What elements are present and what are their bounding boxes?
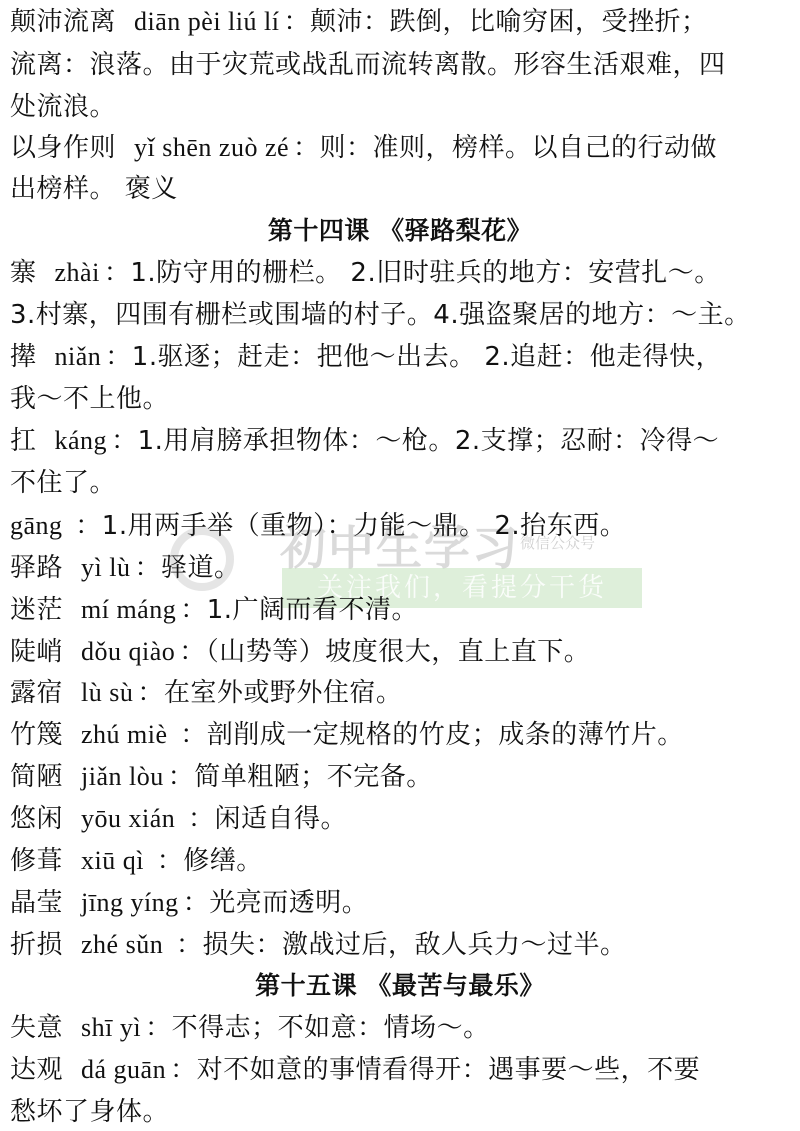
vocab-entry: gāng ：1.用两手举（重物）：力能～鼎。 2.抬东西。 — [10, 506, 794, 546]
vocab-entry: 修葺xiū qì ：修缮。 — [10, 841, 794, 881]
vocab-entry: 扛káng：1.用肩膀承担物体：～枪。2.支撑；忍耐：冷得～ — [10, 421, 794, 461]
lesson-heading: 第十四课 《驿路梨花》 — [0, 211, 800, 251]
vocab-entry: 达观dá guān：对不如意的事情看得开：遇事要～些，不要 — [10, 1050, 794, 1090]
lesson-heading: 第十五课 《最苦与最乐》 — [0, 966, 800, 1006]
text-line: 出榜样。 褒义 — [10, 169, 794, 209]
text-line: 处流浪。 — [10, 87, 794, 127]
vocab-entry: 驿路yì lù：驿道。 — [10, 548, 794, 588]
vocab-entry: 寨zhài：1.防守用的栅栏。 2.旧时驻兵的地方：安营扎～。 — [10, 253, 794, 293]
vocab-entry: 简陋jiǎn lòu：简单粗陋；不完备。 — [10, 757, 794, 797]
vocab-entry: 失意shī yì：不得志；不如意：情场～。 — [10, 1008, 794, 1048]
text-line: 愁坏了身体。 — [10, 1092, 794, 1131]
text-line: 流离：浪落。由于灾荒或战乱而流转离散。形容生活艰难，四 — [10, 45, 794, 85]
vocab-entry: 晶莹jīng yíng：光亮而透明。 — [10, 883, 794, 923]
vocab-entry: 竹篾zhú miè ：剖削成一定规格的竹皮；成条的薄竹片。 — [10, 715, 794, 755]
vocab-entry: 迷茫mí máng：1.广阔而看不清。 — [10, 590, 794, 630]
text-line: 3.村寨，四围有栅栏或围墙的村子。4.强盗聚居的地方：～主。 — [10, 295, 794, 335]
vocab-entry: 折损zhé sǔn ：损失：激战过后，敌人兵力～过半。 — [10, 925, 794, 965]
vocab-entry: 以身作则yǐ shēn zuò zé：则：准则，榜样。以自己的行动做 — [10, 128, 794, 168]
document-page: 初中生学习 微信公众号 关注我们，看提分干货 颠沛流离diān pèi liú … — [0, 0, 800, 1131]
vocab-entry: 露宿lù sù：在室外或野外住宿。 — [10, 673, 794, 713]
vocab-entry: 陡峭dǒu qiào：（山势等）坡度很大，直上直下。 — [10, 632, 794, 672]
text-line: 不住了。 — [10, 463, 794, 503]
vocab-entry: 撵niǎn：1.驱逐；赶走：把他～出去。 2.追赶：他走得快， — [10, 337, 794, 377]
vocab-entry: 悠闲yōu xián ：闲适自得。 — [10, 799, 794, 839]
vocab-entry: 颠沛流离diān pèi liú lí：颠沛：跌倒，比喻穷困，受挫折； — [10, 2, 794, 42]
text-line: 我～不上他。 — [10, 379, 794, 419]
